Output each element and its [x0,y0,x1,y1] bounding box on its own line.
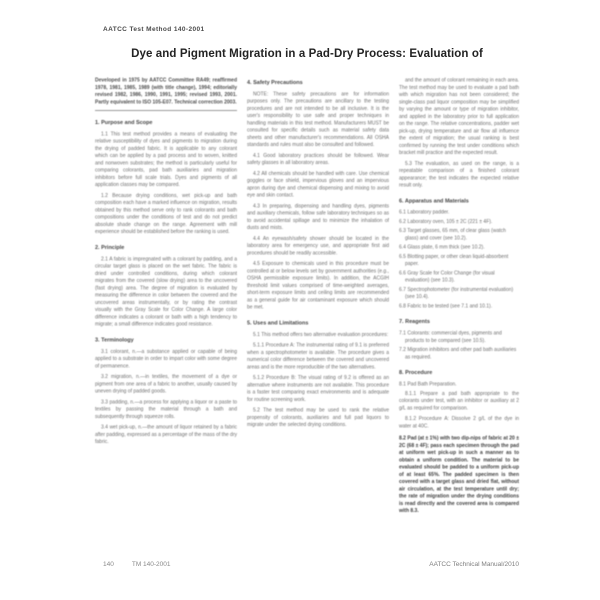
divider-rule [95,110,237,111]
body-columns: Developed in 1975 by AATCC Committee RA4… [95,77,519,557]
body-paragraph: 5.1 This method offers two alternative e… [247,331,389,338]
body-paragraph: 3.3 padding, n.—a process for applying a… [95,399,237,421]
body-paragraph: 4.3 In preparing, dispensing and handlin… [247,203,389,232]
body-paragraph: 5.1.2 Procedure B: The visual rating of … [247,375,389,404]
body-paragraph: 5.1.1 Procedure A: The instrumental rati… [247,342,389,371]
body-paragraph: 3.2 migration, n.—in textiles, the movem… [95,374,237,396]
list-item: 6.1 Laboratory padder. [399,209,519,216]
column-left: Developed in 1975 by AATCC Committee RA4… [95,77,237,557]
footer-manual-name: AATCC Technical Manual/2010 [429,561,519,568]
body-paragraph: 8.1.2 Procedure A: Dissolve 2 g/L of the… [399,416,519,431]
list-item: 7.1 Colorants: commercial dyes, pigments… [399,330,519,345]
body-paragraph: 3.4 wet pick-up, n.—the amount of liquor… [95,424,237,446]
list-item: 6.3 Target glasses, 65 mm, of clear glas… [399,228,519,243]
list-item: 6.8 Fabric to be tested (see 7.1 and 10.… [399,303,519,310]
list-item: 6.4 Glass plate, 6 mm thick (see 10.2). [399,244,519,251]
body-paragraph: 3.1 colorant, n.—a substance applied or … [95,348,237,370]
section-heading: 7. Reagents [399,318,519,326]
section-heading: 6. Apparatus and Materials [399,197,519,205]
list-item: 6.6 Gray Scale for Color Change (for vis… [399,270,519,285]
body-paragraph: 8.1.1 Prepare a pad bath appropriate to … [399,390,519,412]
footer-left: 140 TM 140-2001 [95,561,171,568]
column-middle: 4. Safety PrecautionsNOTE: These safety … [247,77,389,557]
list-item: 6.5 Blotting paper, or other clean liqui… [399,253,519,268]
list-item: 6.2 Laboratory oven, 105 ± 2C (221 ± 4F)… [399,218,519,225]
body-paragraph: 4.4 An eyewash/safety shower should be l… [247,235,389,257]
body-paragraph: and the amount of colorant remaining in … [399,77,519,157]
body-paragraph: 4.1 Good laboratory practices should be … [247,152,389,167]
body-paragraph: 4.2 All chemicals should be handled with… [247,170,389,199]
section-heading: 5. Uses and Limitations [247,319,389,327]
document-footer: 140 TM 140-2001 AATCC Technical Manual/2… [95,561,519,568]
list-item: 8.1 Pad Bath Preparation. [399,381,519,388]
document-header: AATCC Test Method 140-2001 [103,26,205,33]
footer-page-number: 140 [103,561,114,568]
section-heading: 8. Procedure [399,369,519,377]
section-heading: 2. Principle [95,244,237,252]
body-paragraph: 2.1 A fabric is impregnated with a color… [95,256,237,329]
column-right-content: and the amount of colorant remaining in … [399,77,519,515]
footer-method-code: TM 140-2001 [132,561,171,568]
column-right: and the amount of colorant remaining in … [399,77,519,557]
list-item: 7.2 Migration inhibitors and other pad b… [399,347,519,362]
section-heading: 1. Purpose and Scope [95,119,237,127]
document-page-scan: AATCC Test Method 140-2001 Dye and Pigme… [0,0,600,600]
body-paragraph: 5.3 The evaluation, as used on the range… [399,160,519,189]
page-title: Dye and Pigment Migration in a Pad-Dry P… [95,48,519,60]
body-paragraph: 4.5 Exposure to chemicals used in this p… [247,261,389,312]
column-left-content: Developed in 1975 by AATCC Committee RA4… [95,77,237,446]
body-paragraph: 1.1 This test method provides a means of… [95,131,237,189]
body-paragraph: NOTE: These safety precautions are for i… [247,91,389,149]
column-middle-content: 4. Safety PrecautionsNOTE: These safety … [247,79,389,429]
section-heading: 4. Safety Precautions [247,79,389,87]
boilerplate-paragraph: Developed in 1975 by AATCC Committee RA4… [95,77,237,106]
body-paragraph: 8.2 Pad (at ± 1%) with two dip-nips of f… [399,435,519,515]
body-paragraph: 5.2 The test method may be used to rank … [247,407,389,429]
section-heading: 3. Terminology [95,336,237,344]
body-paragraph: 1.2 Because drying conditions, wet pick-… [95,192,237,236]
list-item: 6.7 Spectrophotometer (for instrumental … [399,286,519,301]
